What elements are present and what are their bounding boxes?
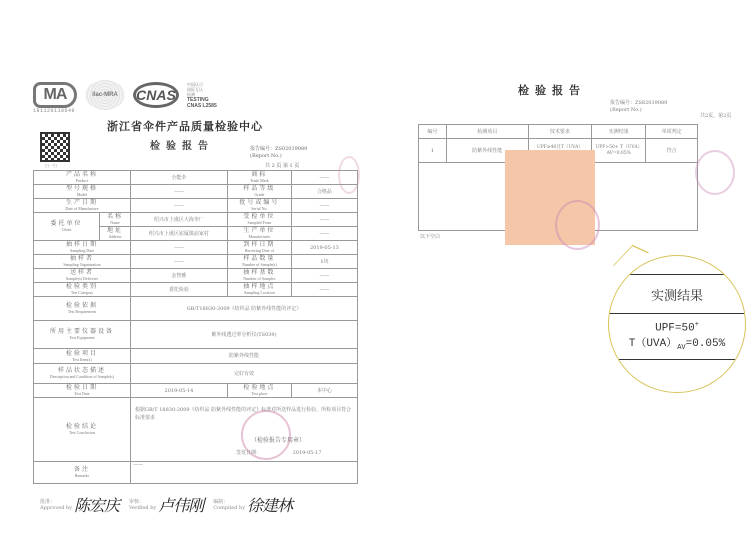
table-row: 抽样日期Sampling Date —— 到样日期Receiving Date … [34, 241, 358, 255]
cma-logo: MA [33, 82, 77, 108]
cnas-accreditation-text: 中国认可 国际互认 检测 TESTING CNAS L2585 [187, 82, 217, 109]
table-row-test-item: 检验项目Test Item(s) 防紫外线性能 [34, 349, 358, 364]
compiler-signature: 徐建林 [247, 493, 292, 516]
cnas-logo: CNAS [133, 82, 179, 108]
table-row: 送样者Sample(s) Deliverer 金智雅 抽样基数Number of… [34, 269, 358, 283]
report-table: 产品名称Product 全能伞 商标Trade Mark —— 型号规格Mode… [33, 170, 358, 484]
approver-signature: 陈宏庆 [74, 493, 119, 516]
table-row-remarks: 备注Remarks —— [34, 462, 358, 484]
cma-number: 181120110649 [33, 108, 75, 114]
inspection-center-name: 浙江省伞件产品质量检验中心 [105, 118, 265, 134]
verifier-signature: 卢伟刚 [158, 493, 203, 516]
signature-row: 批准：Approved by 陈宏庆 审核：Verified by 卢伟刚 编制… [40, 493, 360, 516]
table-row-test-equipment: 所用主要仪器设备Test Equipment 紫外线透过率分析仪(TS039) [34, 321, 358, 349]
results-header-row: 编号 检测项目 技术要求 实测结果 单项判定 [419, 125, 698, 139]
table-row-client-name: 委托单位Client 名称Name 绍兴市上虞区大海伞厂 受检单位Sampled… [34, 213, 358, 227]
header-verdict: 单项判定 [646, 125, 698, 139]
table-row-sample-condition: 样品状态描述Description and Condition of Sampl… [34, 364, 358, 384]
callout-values: UPF=50+ T（UVA）AV=0.05% [609, 314, 745, 360]
table-row: 产品名称Product 全能伞 商标Trade Mark —— [34, 171, 358, 185]
table-row: 检验类别Test Category 委托检验 抽样地点Sampling Loca… [34, 283, 358, 297]
header-item: 检测项目 [446, 125, 528, 139]
conclusion-text: 根据GB/T 18830-2009《纺织品 防紫外线性能的评定》标准对所送样品进… [135, 406, 353, 422]
page-count: 共 2 页 第 1 页 [265, 162, 299, 169]
report-title-page2: 检验报告 [518, 82, 586, 98]
table-row: 生产日期Date of Manufacture —— 批号或编号Serial N… [34, 199, 358, 213]
callout-title: 实测结果 [609, 274, 745, 314]
uva-value: T（UVA）AV=0.05% [629, 336, 725, 356]
table-row-conclusion: 检验结论Test Conclusion 根据GB/T 18830-2009《纺织… [34, 398, 358, 462]
result-callout: 实测结果 UPF=50+ T（UVA）AV=0.05% [608, 255, 746, 393]
table-row: 型号规格Model —— 样品等级Grade 合格品 [34, 185, 358, 199]
table-row-test-requirement: 检验依据Test Requirement GB/T18830-2009《纺织品 … [34, 297, 358, 321]
ilac-mra-logo: ilac-MRA [85, 80, 125, 110]
header-result: 实测结果 [592, 125, 646, 139]
report-number-page2: 报告编号：ZS82019089 (Report No.) [610, 100, 667, 114]
seal-label: （检验报告专用章） [251, 438, 305, 444]
official-seal-icon [695, 150, 735, 195]
qr-code-icon [40, 132, 70, 162]
qr-label: 扫一扫 [45, 163, 57, 169]
blank-below-note: 以下空白 [420, 233, 440, 240]
report-number: 报告编号：ZS02019089 (Report No.) [250, 146, 307, 160]
header-no: 编号 [419, 125, 447, 139]
issue-date: 签发日期： 2019-05-17 [236, 450, 321, 456]
table-row: 抽样者Sampling Organization —— 样品数量Number o… [34, 255, 358, 269]
official-seal-icon [555, 200, 600, 250]
table-row-test-date: 检验日期Test Date 2019-05-14 检验地点Test place … [34, 384, 358, 398]
page-count-page2: 共2页，第2页 [700, 112, 731, 119]
report-title: 检验报告 [150, 137, 214, 152]
upf-value: UPF=50+ [655, 317, 699, 337]
header-requirement: 技术要求 [528, 125, 592, 139]
certification-logos: MA ilac-MRA CNAS 中国认可 国际互认 检测 TESTING CN… [33, 80, 217, 110]
